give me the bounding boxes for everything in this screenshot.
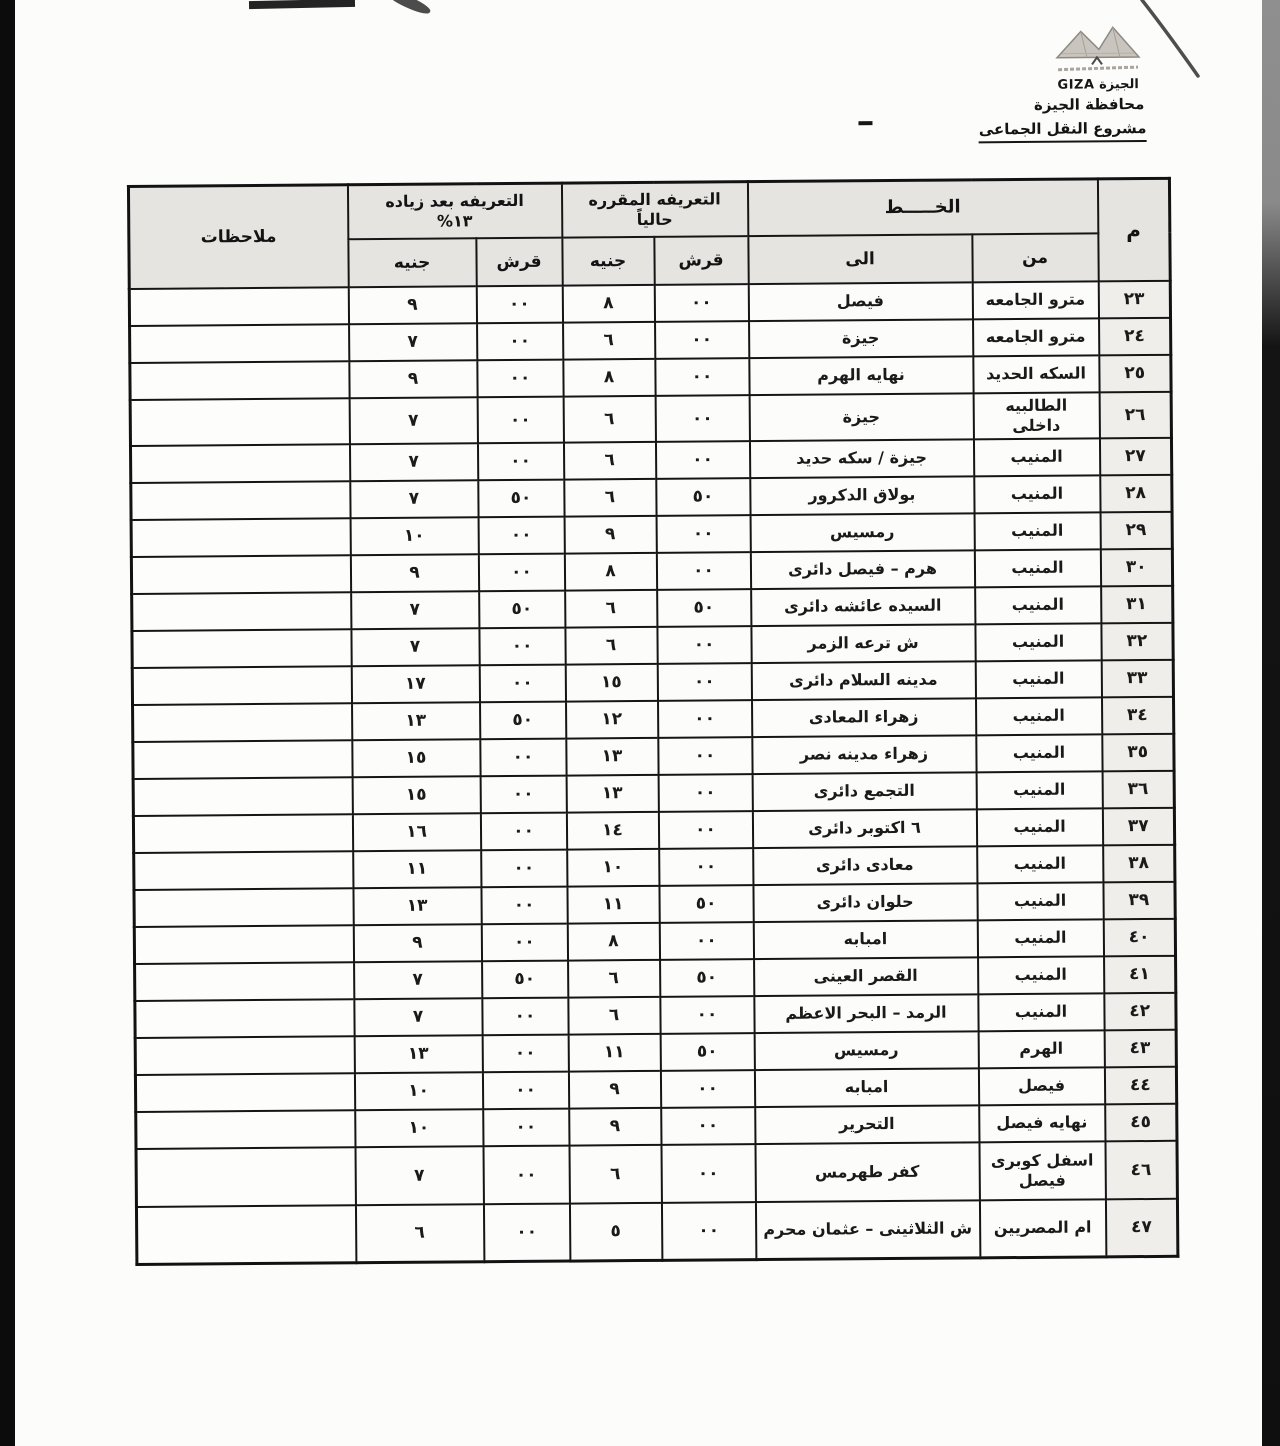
current-geneih-cell: ١٣ — [566, 774, 658, 812]
new-qirsh-cell: ٠٠ — [480, 812, 566, 850]
row-number-cell: ٤٢ — [1104, 992, 1176, 1030]
current-qirsh-cell: ٠٠ — [657, 626, 751, 664]
new-qirsh-cell: ٠٠ — [477, 359, 563, 397]
header-current-tariff-line1: التعريفه المقرره — [568, 189, 742, 210]
current-geneih-cell: ١٢ — [566, 700, 658, 738]
to-cell: حلوان دائرى — [753, 883, 977, 922]
table-row: ٤٧ ام المصريين ش الثلاثينى – عثمان محرم … — [136, 1198, 1177, 1264]
new-qirsh-cell: ٠٠ — [477, 442, 563, 480]
row-number-cell: ٣٩ — [1103, 881, 1175, 919]
scanned-page: الجيزة GIZA محافظة الجيزة مشروع النقل ال… — [0, 0, 1280, 1446]
notes-cell — [134, 888, 353, 927]
table-row: ٢٦ الطالبيه داخلى جيزة ٠٠ ٦ ٠٠ ٧ — [130, 391, 1171, 445]
current-qirsh-cell: ٠٠ — [658, 774, 752, 812]
to-cell: زهراء المعادى — [752, 698, 976, 737]
current-qirsh-cell: ٠٠ — [655, 395, 749, 442]
table-row: ٤٦ اسفل كوبرى فيصل كفر طهرمس ٠٠ ٦ ٠٠ ٧ — [136, 1140, 1177, 1206]
current-geneih-cell: ١٠ — [567, 848, 659, 886]
from-cell: المنيب — [976, 771, 1102, 809]
current-geneih-cell: ١٤ — [566, 811, 658, 849]
notes-cell — [135, 1073, 354, 1112]
current-geneih-cell: ١١ — [568, 1033, 660, 1071]
current-geneih-cell: ٦ — [568, 996, 660, 1034]
new-qirsh-cell: ٠٠ — [480, 775, 566, 813]
row-number-cell: ٢٧ — [1099, 437, 1171, 475]
new-qirsh-cell: ٠٠ — [483, 1145, 569, 1204]
current-qirsh-cell: ٥٠ — [660, 1033, 754, 1071]
from-cell: نهايه فيصل — [979, 1104, 1105, 1142]
row-number-cell: ٣٨ — [1103, 844, 1175, 882]
to-cell: رمسيس — [750, 513, 974, 552]
current-qirsh-cell: ٠٠ — [661, 1144, 755, 1203]
from-cell: المنيب — [976, 697, 1102, 735]
new-qirsh-cell: ٠٠ — [483, 1203, 569, 1262]
notes-cell — [135, 962, 354, 1001]
header-increased-qirsh: قرش — [476, 237, 562, 286]
new-geneih-cell: ٩ — [353, 924, 481, 962]
current-qirsh-cell: ٠٠ — [660, 996, 754, 1034]
notes-cell — [130, 361, 349, 400]
row-number-cell: ٢٣ — [1098, 280, 1170, 318]
row-number-cell: ٤٥ — [1105, 1103, 1177, 1141]
new-qirsh-cell: ٠٠ — [479, 664, 565, 702]
new-qirsh-cell: ٠٠ — [483, 1108, 569, 1146]
from-cell: المنيب — [977, 882, 1103, 920]
new-geneih-cell: ٧ — [351, 628, 479, 666]
from-cell: المنيب — [978, 956, 1104, 994]
from-cell: المنيب — [976, 808, 1102, 846]
fare-table-body: ٢٣ مترو الجامعه فيصل ٠٠ ٨ ٠٠ ٩ ٢٤ مترو ا… — [129, 280, 1178, 1264]
to-cell: القصر العينى — [754, 957, 978, 996]
new-geneih-cell: ٧ — [354, 998, 482, 1036]
row-number-cell: ٢٨ — [1100, 474, 1172, 512]
new-geneih-cell: ٧ — [349, 323, 477, 361]
from-cell: السكه الحديد — [973, 355, 1099, 393]
current-qirsh-cell: ٠٠ — [659, 922, 753, 960]
to-cell: الرمد – البحر الاعظم — [754, 994, 978, 1033]
current-geneih-cell: ١٥ — [565, 663, 657, 701]
new-geneih-cell: ٦ — [355, 1204, 483, 1263]
new-geneih-cell: ١١ — [353, 850, 481, 888]
current-geneih-cell: ٦ — [565, 626, 657, 664]
header-increased-tariff-group: التعريفه بعد زياده %١٣ — [347, 183, 561, 239]
to-cell: بولاق الدكرور — [750, 476, 974, 515]
new-qirsh-cell: ٥٠ — [478, 479, 564, 517]
governorate-title: محافظة الجيزة — [1034, 95, 1145, 114]
current-geneih-cell: ٦ — [563, 395, 655, 442]
current-qirsh-cell: ٠٠ — [658, 700, 752, 738]
to-cell: هرم – فيصل دائرى — [750, 550, 974, 589]
to-cell: كفر طهرمس — [755, 1142, 979, 1202]
from-cell: المنيب — [975, 586, 1101, 624]
notes-cell — [129, 287, 348, 326]
new-geneih-cell: ١٥ — [352, 776, 480, 814]
new-qirsh-cell: ٠٠ — [477, 396, 563, 443]
current-geneih-cell: ٦ — [568, 959, 660, 997]
current-geneih-cell: ٦ — [565, 589, 657, 627]
from-cell: المنيب — [974, 475, 1100, 513]
current-qirsh-cell: ٥٠ — [657, 589, 751, 627]
new-qirsh-cell: ٠٠ — [482, 997, 568, 1035]
notes-cell — [135, 1036, 354, 1075]
new-geneih-cell: ٧ — [350, 480, 478, 518]
header-current-tariff-group: التعريفه المقرره حالياً — [561, 182, 747, 237]
from-cell: المنيب — [974, 549, 1100, 587]
current-qirsh-cell: ٠٠ — [656, 515, 750, 553]
notes-cell — [130, 398, 349, 446]
current-geneih-cell: ٨ — [562, 284, 654, 322]
current-qirsh-cell: ٠٠ — [657, 663, 751, 701]
new-qirsh-cell: ٠٠ — [478, 516, 564, 554]
to-cell: التحرير — [755, 1105, 979, 1144]
current-qirsh-cell: ٠٠ — [656, 552, 750, 590]
from-cell: المنيب — [975, 623, 1101, 661]
row-number-cell: ٤٠ — [1103, 918, 1175, 956]
current-geneih-cell: ٨ — [563, 358, 655, 396]
new-geneih-cell: ١٦ — [352, 813, 480, 851]
current-qirsh-cell: ٠٠ — [654, 284, 748, 322]
to-cell: نهايه الهرم — [749, 356, 973, 395]
row-number-cell: ٣٧ — [1102, 807, 1174, 845]
header-notes: ملاحظات — [128, 185, 348, 289]
new-geneih-cell: ٩ — [348, 286, 476, 324]
new-geneih-cell: ٧ — [355, 1146, 483, 1205]
current-qirsh-cell: ٠٠ — [660, 1070, 754, 1108]
from-cell: المنيب — [976, 734, 1102, 772]
pyramids-icon — [1054, 24, 1142, 73]
row-number-cell: ٣٥ — [1102, 733, 1174, 771]
current-qirsh-cell: ٥٠ — [659, 885, 753, 923]
new-geneih-cell: ٩ — [349, 360, 477, 398]
new-geneih-cell: ١٠ — [350, 517, 478, 555]
row-number-cell: ٤٤ — [1104, 1066, 1176, 1104]
new-qirsh-cell: ٠٠ — [477, 322, 563, 360]
header-from: من — [972, 233, 1098, 282]
current-geneih-cell: ٦ — [564, 478, 656, 516]
new-geneih-cell: ٧ — [349, 397, 477, 444]
notes-cell — [132, 592, 351, 631]
row-number-cell: ٣٦ — [1102, 770, 1174, 808]
new-qirsh-cell: ٠٠ — [482, 1034, 568, 1072]
current-qirsh-cell: ٥٠ — [660, 959, 754, 997]
current-qirsh-cell: ٠٠ — [661, 1107, 755, 1145]
new-qirsh-cell: ٠٠ — [481, 849, 567, 887]
notes-cell — [130, 444, 349, 483]
notes-cell — [132, 666, 351, 705]
row-number-cell: ٣٤ — [1102, 696, 1174, 734]
header-to: الى — [748, 234, 972, 284]
new-geneih-cell: ١٠ — [354, 1072, 482, 1110]
from-cell: المنيب — [975, 660, 1101, 698]
new-geneih-cell: ٧ — [349, 443, 477, 481]
new-qirsh-cell: ٠٠ — [476, 285, 562, 323]
from-cell: فيصل — [978, 1067, 1104, 1105]
to-cell: جيزة / سكه حديد — [749, 439, 973, 478]
new-geneih-cell: ١٣ — [352, 702, 480, 740]
new-qirsh-cell: ٥٠ — [480, 701, 566, 739]
from-cell: الطالبيه داخلى — [973, 392, 1099, 439]
new-geneih-cell: ١٥ — [352, 739, 480, 777]
dash-mark — [858, 121, 872, 125]
new-qirsh-cell: ٠٠ — [482, 1071, 568, 1109]
document-content: الجيزة GIZA محافظة الجيزة مشروع النقل ال… — [0, 0, 1280, 1446]
current-geneih-cell: ٩ — [564, 515, 656, 553]
header-current-qirsh: قرش — [654, 236, 748, 285]
new-geneih-cell: ١٣ — [353, 887, 481, 925]
new-geneih-cell: ١٧ — [351, 665, 479, 703]
notes-cell — [132, 629, 351, 668]
notes-cell — [133, 740, 352, 779]
current-qirsh-cell: ٠٠ — [658, 811, 752, 849]
from-cell: اسفل كوبرى فيصل — [979, 1141, 1105, 1200]
to-cell: جيزة — [749, 319, 973, 358]
from-cell: مترو الجامعه — [972, 281, 1098, 319]
new-geneih-cell: ٧ — [354, 961, 482, 999]
logo-caption: الجيزة GIZA — [1051, 77, 1145, 93]
new-qirsh-cell: ٠٠ — [481, 886, 567, 924]
notes-cell — [130, 324, 349, 363]
to-cell: فيصل — [748, 282, 972, 321]
new-geneih-cell: ١٣ — [354, 1035, 482, 1073]
row-number-cell: ٤٣ — [1104, 1029, 1176, 1067]
fare-table-header: م الخـــــط التعريفه المقرره حالياً التع… — [128, 178, 1170, 288]
notes-cell — [131, 518, 350, 557]
header-increased-geneih: جنيه — [348, 238, 476, 287]
to-cell: التجمع دائرى — [752, 772, 976, 811]
to-cell: ٦ اكتوبر دائرى — [752, 809, 976, 848]
header-increased-tariff-line2: %١٣ — [354, 210, 556, 232]
giza-logo: الجيزة GIZA — [1051, 24, 1146, 93]
current-qirsh-cell: ٠٠ — [658, 737, 752, 775]
current-qirsh-cell: ٠٠ — [655, 321, 749, 359]
from-cell: المنيب — [977, 919, 1103, 957]
from-cell: المنيب — [977, 845, 1103, 883]
new-geneih-cell: ٩ — [350, 554, 478, 592]
new-qirsh-cell: ٠٠ — [478, 553, 564, 591]
header-current-tariff-line2: حالياً — [568, 209, 742, 230]
to-cell: رمسيس — [754, 1031, 978, 1070]
row-number-cell: ٤٦ — [1105, 1140, 1177, 1199]
row-number-cell: ٣٠ — [1100, 548, 1172, 586]
from-cell: المنيب — [978, 993, 1104, 1031]
from-cell: ام المصريين — [979, 1199, 1105, 1258]
row-number-cell: ٢٤ — [1099, 317, 1171, 355]
to-cell: امبابه — [753, 920, 977, 959]
notes-cell — [133, 814, 352, 853]
new-qirsh-cell: ٠٠ — [480, 738, 566, 776]
current-geneih-cell: ٦ — [569, 1144, 661, 1203]
notes-cell — [131, 481, 350, 520]
notes-cell — [133, 777, 352, 816]
new-geneih-cell: ٧ — [351, 591, 479, 629]
to-cell: زهراء مدينه نصر — [752, 735, 976, 774]
header-increased-tariff-line1: التعريفه بعد زياده — [354, 190, 556, 212]
current-geneih-cell: ٥ — [569, 1202, 661, 1261]
project-title: مشروع النقل الجماعى — [979, 119, 1147, 143]
row-number-cell: ٤١ — [1104, 955, 1176, 993]
current-qirsh-cell: ٠٠ — [659, 848, 753, 886]
current-geneih-cell: ٦ — [563, 321, 655, 359]
row-number-cell: ٢٩ — [1100, 511, 1172, 549]
notes-cell — [136, 1110, 355, 1149]
row-number-cell: ٣٢ — [1101, 622, 1173, 660]
new-qirsh-cell: ٠٠ — [479, 627, 565, 665]
to-cell: معادى دائرى — [753, 846, 977, 885]
notes-cell — [135, 999, 354, 1038]
to-cell: مدينه السلام دائرى — [751, 661, 975, 700]
current-geneih-cell: ٨ — [564, 552, 656, 590]
notes-cell — [136, 1205, 355, 1265]
row-number-cell: ٢٥ — [1099, 354, 1171, 392]
notes-cell — [136, 1147, 355, 1207]
header-current-geneih: جنيه — [562, 236, 654, 285]
current-geneih-cell: ٦ — [563, 441, 655, 479]
current-qirsh-cell: ٠٠ — [655, 358, 749, 396]
current-qirsh-cell: ٥٠ — [656, 478, 750, 516]
notes-cell — [131, 555, 350, 594]
current-geneih-cell: ٩ — [569, 1107, 661, 1145]
to-cell: جيزة — [749, 393, 973, 441]
new-geneih-cell: ١٠ — [355, 1109, 483, 1147]
fare-table: م الخـــــط التعريفه المقرره حالياً التع… — [127, 177, 1179, 1266]
current-geneih-cell: ١١ — [567, 885, 659, 923]
header-index: م — [1097, 178, 1170, 281]
new-qirsh-cell: ٥٠ — [479, 590, 565, 628]
from-cell: الهرم — [978, 1030, 1104, 1068]
current-qirsh-cell: ٠٠ — [655, 441, 749, 479]
row-number-cell: ٤٧ — [1105, 1198, 1177, 1257]
to-cell: ش الثلاثينى – عثمان محرم — [755, 1200, 979, 1260]
to-cell: ش ترعه الزمر — [751, 624, 975, 663]
from-cell: المنيب — [973, 438, 1099, 476]
new-qirsh-cell: ٥٠ — [482, 960, 568, 998]
from-cell: المنيب — [974, 512, 1100, 550]
notes-cell — [133, 703, 352, 742]
row-number-cell: ٣١ — [1101, 585, 1173, 623]
to-cell: امبابه — [754, 1068, 978, 1107]
header-line-group: الخـــــط — [747, 179, 1097, 236]
current-geneih-cell: ٩ — [568, 1070, 660, 1108]
row-number-cell: ٣٣ — [1101, 659, 1173, 697]
current-geneih-cell: ١٣ — [566, 737, 658, 775]
row-number-cell: ٢٦ — [1099, 391, 1171, 438]
new-qirsh-cell: ٠٠ — [481, 923, 567, 961]
current-geneih-cell: ٨ — [567, 922, 659, 960]
current-qirsh-cell: ٠٠ — [661, 1202, 755, 1261]
notes-cell — [134, 925, 353, 964]
to-cell: السيده عائشه دائرى — [751, 587, 975, 626]
from-cell: مترو الجامعه — [973, 318, 1099, 356]
notes-cell — [134, 851, 353, 890]
